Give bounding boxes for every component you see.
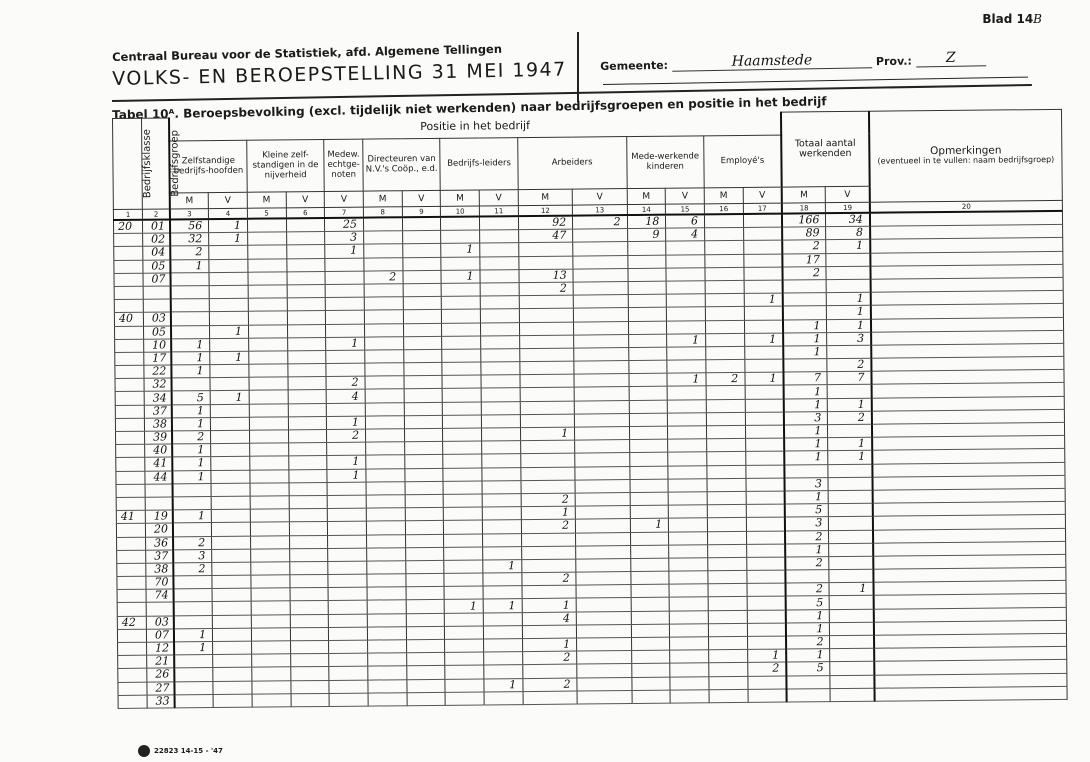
cell-col-13 — [576, 572, 631, 586]
cell-col-13 — [573, 268, 628, 282]
cell-col-13 — [574, 321, 629, 335]
cell-col-12 — [521, 546, 576, 560]
cell-col-11 — [481, 414, 520, 428]
gender-header: V — [286, 192, 325, 208]
cell-col-2 — [146, 602, 173, 615]
cell-col-18 — [783, 293, 827, 307]
cell-col-15 — [666, 268, 705, 282]
cell-col-5 — [250, 456, 289, 470]
cell-col-2: 39 — [145, 431, 172, 444]
cell-col-19 — [827, 345, 871, 359]
cell-col-8 — [366, 495, 405, 509]
cell-col-19: 1 — [828, 437, 872, 451]
cell-col-11 — [481, 362, 520, 376]
cell-col-12 — [521, 533, 576, 547]
cell-col-13 — [573, 229, 628, 243]
cell-col-3 — [173, 523, 212, 537]
cell-col-11: 1 — [483, 559, 522, 573]
cell-col-10: 1 — [445, 599, 484, 613]
cell-col-5 — [248, 285, 287, 299]
cell-col-7 — [327, 403, 366, 417]
column-number: 2 — [143, 209, 170, 220]
cell-col-7 — [328, 601, 367, 615]
cell-col-9 — [405, 534, 444, 548]
cell-col-1 — [117, 603, 146, 616]
cell-col-9 — [407, 692, 446, 706]
column-number: 15 — [666, 204, 705, 215]
cell-col-6 — [288, 416, 327, 430]
cell-col-18 — [783, 359, 827, 373]
cell-col-12: 1 — [522, 638, 577, 652]
cell-col-19 — [830, 622, 874, 636]
cell-col-16 — [707, 478, 746, 492]
cell-col-12: 2 — [522, 651, 577, 665]
cell-col-10 — [441, 230, 480, 244]
gemeente-value-line: Haamstede — [672, 51, 872, 71]
cell-col-15 — [669, 544, 708, 558]
cell-col-19: 1 — [827, 306, 871, 320]
cell-col-10 — [442, 322, 481, 336]
cell-col-13 — [574, 334, 629, 348]
cell-col-8 — [365, 350, 404, 364]
cell-col-5 — [247, 218, 286, 232]
cell-col-5 — [251, 601, 290, 615]
cell-col-11 — [481, 348, 520, 362]
cell-col-13 — [577, 690, 632, 704]
cell-col-13 — [576, 519, 631, 533]
cell-col-2: 07 — [143, 273, 170, 286]
cell-col-2: 74 — [146, 589, 173, 602]
cell-col-19 — [829, 543, 873, 557]
cell-col-2: 03 — [147, 616, 174, 629]
cell-col-1: 20 — [113, 220, 142, 234]
cell-col-14 — [631, 611, 670, 625]
cell-col-14 — [629, 439, 668, 453]
gender-header: V — [743, 187, 782, 203]
cell-col-6 — [290, 588, 329, 602]
cell-col-5 — [250, 509, 289, 523]
cell-col-8 — [366, 481, 405, 495]
cell-col-6 — [288, 429, 327, 443]
cell-col-13 — [575, 427, 630, 441]
cell-col-18: 3 — [785, 517, 829, 531]
cell-col-4 — [211, 443, 250, 457]
cell-col-2: 17 — [144, 352, 171, 365]
cell-col-17 — [747, 636, 786, 650]
cell-col-7 — [329, 680, 368, 694]
cell-col-11 — [480, 230, 519, 244]
cell-col-18: 7 — [784, 372, 828, 386]
cell-col-9 — [404, 376, 443, 390]
cell-col-2: 26 — [147, 668, 174, 681]
cell-col-9 — [405, 494, 444, 508]
cell-col-5 — [252, 680, 291, 694]
cell-col-10 — [444, 560, 483, 574]
gender-header: M — [518, 189, 573, 205]
census-form-sheet: Blad 14B Centraal Bureau voor de Statist… — [0, 0, 1090, 762]
cell-col-11 — [482, 494, 521, 508]
cell-col-8 — [364, 297, 403, 311]
cell-col-2: 36 — [146, 536, 173, 549]
cell-col-15 — [668, 479, 707, 493]
cell-col-12: 2 — [523, 678, 578, 692]
cell-col-15: 4 — [666, 228, 705, 242]
cell-col-9 — [406, 666, 445, 680]
cell-col-14 — [628, 307, 667, 321]
cell-col-19 — [829, 490, 873, 504]
cell-col-17 — [744, 320, 783, 334]
cell-col-8 — [363, 217, 402, 231]
cell-col-8 — [368, 640, 407, 654]
cell-col-12: 2 — [521, 519, 576, 533]
cell-col-6 — [289, 522, 328, 536]
cell-col-9 — [404, 402, 443, 416]
cell-col-3: 1 — [170, 259, 209, 273]
cell-col-12 — [519, 322, 574, 336]
cell-col-15 — [669, 571, 708, 585]
cell-col-12 — [521, 467, 576, 481]
cell-col-17 — [747, 583, 786, 597]
cell-col-6 — [286, 258, 325, 272]
cell-col-4 — [212, 536, 251, 550]
cell-col-2: 03 — [144, 312, 171, 325]
cell-col-14 — [627, 255, 666, 269]
gender-header: V — [324, 191, 363, 207]
cell-col-18 — [787, 688, 831, 702]
cell-col-18: 2 — [785, 530, 829, 544]
cell-col-18: 2 — [782, 240, 826, 254]
cell-col-17 — [745, 386, 784, 400]
cell-col-6 — [289, 561, 328, 575]
cell-col-11 — [482, 454, 521, 468]
cell-col-5 — [248, 258, 287, 272]
cell-col-16 — [706, 399, 745, 413]
cell-col-12 — [520, 414, 575, 428]
cell-col-1 — [117, 589, 146, 602]
cell-col-15 — [666, 294, 705, 308]
cell-col-15 — [666, 281, 705, 295]
column-number: 5 — [247, 208, 286, 219]
cell-col-17 — [747, 623, 786, 637]
cell-col-15 — [668, 452, 707, 466]
cell-col-5 — [251, 562, 290, 576]
cell-col-18: 1 — [784, 438, 828, 452]
cell-col-19: 1 — [829, 582, 873, 596]
cell-col-3 — [171, 286, 210, 300]
cell-col-8 — [368, 679, 407, 693]
cell-col-1 — [115, 365, 144, 378]
cell-col-8 — [364, 310, 403, 324]
cell-col-19 — [829, 503, 873, 517]
cell-col-17 — [744, 254, 783, 268]
cell-col-17 — [745, 438, 784, 452]
cell-col-2: 01 — [143, 219, 170, 233]
cell-col-1 — [116, 524, 145, 537]
cell-col-17 — [747, 596, 786, 610]
cell-col-3 — [174, 668, 213, 682]
cell-col-6 — [288, 469, 327, 483]
cell-col-19: 1 — [827, 292, 871, 306]
cell-col-2: 05 — [144, 325, 171, 338]
cell-col-14 — [628, 281, 667, 295]
cell-col-15 — [668, 413, 707, 427]
cell-col-6 — [287, 337, 326, 351]
cell-col-1 — [114, 273, 143, 286]
cell-col-11 — [481, 335, 520, 349]
cell-col-4 — [210, 338, 249, 352]
cell-col-3 — [173, 589, 212, 603]
column-number: 7 — [325, 207, 364, 218]
cell-col-3: 2 — [173, 536, 212, 550]
cell-col-5 — [249, 390, 288, 404]
cell-col-11 — [480, 283, 519, 297]
cell-col-9 — [405, 507, 444, 521]
cell-col-16 — [708, 544, 747, 558]
column-number: 3 — [170, 209, 209, 220]
cell-col-19: 7 — [827, 371, 871, 385]
cell-col-7 — [327, 442, 366, 456]
cell-col-16 — [709, 650, 748, 664]
cell-col-11 — [484, 691, 523, 705]
cell-col-8 — [365, 336, 404, 350]
cell-col-8 — [364, 323, 403, 337]
cell-col-7 — [328, 508, 367, 522]
cell-col-6 — [288, 403, 327, 417]
cell-col-5 — [251, 614, 290, 628]
cell-col-6 — [290, 680, 329, 694]
gender-header: M — [704, 188, 743, 204]
cell-col-5 — [247, 232, 286, 246]
cell-col-1 — [117, 550, 146, 563]
cell-col-10 — [442, 336, 481, 350]
cell-col-14 — [630, 532, 669, 546]
cell-col-18: 17 — [782, 253, 826, 267]
cell-col-19 — [828, 477, 872, 491]
cell-col-16 — [706, 346, 745, 360]
cell-col-16 — [709, 676, 748, 690]
cell-col-17 — [745, 412, 784, 426]
cell-col-1 — [115, 392, 144, 405]
cell-col-6 — [290, 654, 329, 668]
cell-col-9 — [404, 455, 443, 469]
gender-header: V — [665, 188, 704, 204]
cell-col-4 — [210, 377, 249, 391]
column-number: 17 — [743, 203, 782, 214]
cell-col-18 — [783, 280, 827, 294]
cell-col-12: 2 — [519, 282, 574, 296]
cell-col-13 — [576, 532, 631, 546]
cell-col-13 — [573, 242, 628, 256]
cell-col-13 — [575, 479, 630, 493]
cell-col-16 — [708, 584, 747, 598]
cell-col-10: 1 — [441, 270, 480, 284]
cell-col-17 — [747, 610, 786, 624]
cell-col-11 — [484, 665, 523, 679]
cell-col-12 — [520, 388, 575, 402]
cell-col-19 — [826, 266, 870, 280]
cell-col-2: 33 — [147, 695, 174, 708]
cell-col-6 — [287, 350, 326, 364]
cell-col-15 — [669, 518, 708, 532]
cell-col-15 — [668, 399, 707, 413]
cell-col-7 — [326, 297, 365, 311]
cell-col-9 — [403, 296, 442, 310]
cell-col-12 — [523, 691, 578, 705]
cell-col-13 — [573, 295, 628, 309]
cell-col-15 — [670, 676, 709, 690]
cell-col-16 — [709, 663, 748, 677]
cell-col-13 — [573, 255, 628, 269]
cell-col-2: 22 — [144, 365, 171, 378]
cell-col-12 — [521, 480, 576, 494]
cell-col-16 — [706, 360, 745, 374]
cell-col-13 — [576, 598, 631, 612]
cell-col-10 — [444, 533, 483, 547]
cell-col-5 — [250, 443, 289, 457]
cell-col-11 — [482, 480, 521, 494]
cell-col-15 — [667, 360, 706, 374]
cell-col-6 — [289, 482, 328, 496]
cell-col-15 — [667, 386, 706, 400]
cell-col-1 — [116, 444, 145, 457]
cell-col-4 — [211, 430, 250, 444]
cell-col-4 — [212, 588, 251, 602]
cell-col-15 — [668, 439, 707, 453]
cell-col-5 — [252, 654, 291, 668]
cell-col-4 — [210, 364, 249, 378]
gemeente-value: Haamstede — [732, 52, 813, 69]
cell-col-15: 6 — [666, 214, 705, 228]
cell-col-4 — [211, 509, 250, 523]
cell-col-16 — [707, 531, 746, 545]
cell-col-16 — [706, 412, 745, 426]
cell-col-9 — [405, 521, 444, 535]
cell-col-13 — [575, 492, 630, 506]
cell-col-17 — [746, 491, 785, 505]
cell-col-5 — [250, 496, 289, 510]
cell-col-8 — [366, 442, 405, 456]
cell-col-13 — [577, 664, 632, 678]
gender-header: M — [441, 190, 480, 206]
cell-col-3: 56 — [170, 219, 209, 233]
cell-col-9 — [402, 231, 441, 245]
cell-col-3: 1 — [173, 510, 212, 524]
cell-col-12: 13 — [519, 269, 574, 283]
cell-col-4 — [212, 562, 251, 576]
cell-col-16 — [708, 557, 747, 571]
col-header-opmerkingen: Opmerkingen (eventueel in te vullen: naa… — [869, 109, 1062, 202]
column-number: 6 — [286, 207, 325, 218]
cell-col-17 — [744, 306, 783, 320]
cell-col-17 — [744, 280, 783, 294]
col-header-employes: Employé's — [704, 135, 782, 188]
cell-col-3 — [172, 483, 211, 497]
cell-col-9 — [404, 428, 443, 442]
cell-col-15 — [668, 465, 707, 479]
cell-col-19: 2 — [828, 411, 872, 425]
cell-col-18: 1 — [785, 491, 829, 505]
cell-col-1 — [118, 669, 147, 682]
cell-col-13 — [576, 611, 631, 625]
cell-col-10 — [442, 296, 481, 310]
cell-col-13 — [575, 506, 630, 520]
cell-col-3: 2 — [173, 562, 212, 576]
cell-col-10 — [443, 454, 482, 468]
cell-col-18 — [785, 570, 829, 584]
cell-col-19: 1 — [828, 451, 872, 465]
prov-value-line: Z — [916, 49, 986, 67]
cell-col-18: 2 — [785, 557, 829, 571]
cell-col-17 — [748, 689, 787, 703]
cell-col-7 — [329, 627, 368, 641]
cell-col-16 — [708, 597, 747, 611]
cell-col-4: 1 — [209, 219, 248, 233]
cell-col-3: 1 — [172, 470, 211, 484]
cell-col-19 — [830, 688, 874, 702]
cell-col-16 — [709, 689, 748, 703]
cell-col-9 — [405, 481, 444, 495]
col-header-totaal: Totaal aantal werkenden — [781, 111, 870, 187]
cell-col-4 — [209, 272, 248, 286]
cell-col-7: 1 — [326, 337, 365, 351]
cell-col-2 — [145, 484, 172, 497]
cell-col-18: 2 — [783, 266, 827, 280]
cell-col-13 — [577, 624, 632, 638]
cell-col-15 — [669, 558, 708, 572]
cell-col-18: 2 — [786, 583, 830, 597]
cell-col-18 — [784, 464, 828, 478]
cell-col-1 — [115, 352, 144, 365]
cell-col-9 — [406, 587, 445, 601]
cell-col-2: 34 — [144, 391, 171, 404]
cell-col-7 — [326, 324, 365, 338]
column-number: 18 — [782, 203, 826, 214]
cell-col-18: 166 — [782, 213, 826, 227]
cell-col-12 — [519, 335, 574, 349]
cell-col-17: 1 — [747, 649, 786, 663]
cell-col-6 — [288, 390, 327, 404]
cell-col-15: 1 — [667, 333, 706, 347]
gender-header: V — [479, 190, 518, 206]
cell-col-8 — [365, 376, 404, 390]
cell-col-12 — [520, 440, 575, 454]
cell-col-7 — [326, 350, 365, 364]
cell-col-4 — [211, 483, 250, 497]
cell-col-19: 3 — [827, 332, 871, 346]
cell-col-1 — [117, 537, 146, 550]
cell-col-7 — [328, 574, 367, 588]
cell-col-9 — [405, 560, 444, 574]
cell-col-3 — [175, 694, 214, 708]
cell-col-6 — [287, 271, 326, 285]
cell-col-17 — [745, 425, 784, 439]
cell-col-15 — [669, 505, 708, 519]
cell-col-16 — [707, 505, 746, 519]
cell-col-16 — [707, 452, 746, 466]
cell-col-8 — [366, 521, 405, 535]
cell-col-8 — [367, 574, 406, 588]
cell-col-12 — [519, 242, 574, 256]
cell-col-3 — [174, 655, 213, 669]
cell-col-16 — [706, 425, 745, 439]
cell-col-6 — [290, 601, 329, 615]
cell-col-18: 1 — [786, 649, 830, 663]
cell-col-4 — [213, 694, 252, 708]
cell-col-14 — [630, 479, 669, 493]
cell-col-7 — [329, 614, 368, 628]
cell-col-19 — [829, 530, 873, 544]
cell-col-18: 5 — [786, 596, 830, 610]
